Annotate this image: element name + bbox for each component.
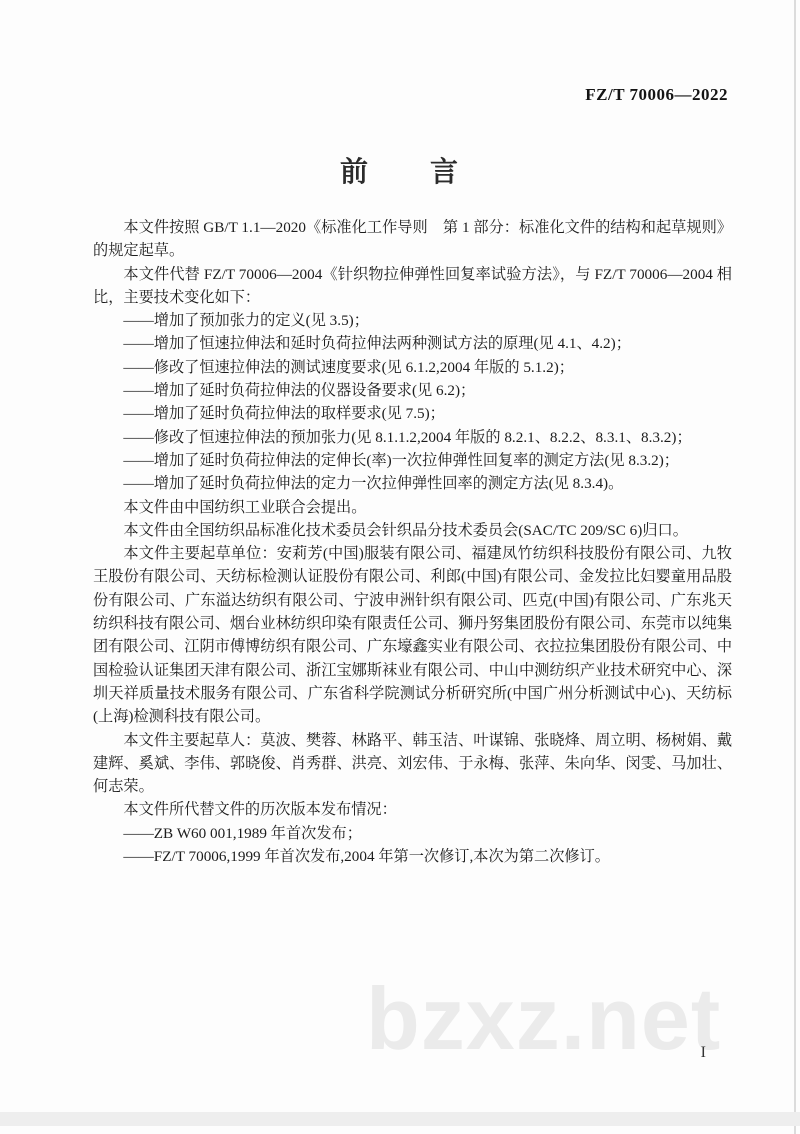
page-number: I [701,1044,706,1062]
scan-edge-right [794,0,796,1134]
change-item: ——增加了延时负荷拉伸法的定伸长(率)一次拉伸弹性回复率的测定方法(见 8.3.… [93,449,732,472]
paragraph-statement: 本文件由中国纺织工业联合会提出。 [93,496,732,519]
foreword-body: 本文件按照 GB/T 1.1—2020《标准化工作导则 第 1 部分：标准化文件… [93,216,732,868]
paragraph-drafting-units: 本文件主要起草单位：安莉芳(中国)服装有限公司、福建凤竹纺织科技股份有限公司、九… [93,542,732,728]
standard-code: FZ/T 70006—2022 [585,85,728,105]
watermark: bzxz.net [366,968,721,1070]
change-item: ——增加了延时负荷拉伸法的仪器设备要求(见 6.2)； [93,379,732,402]
paragraph-statement: 本文件由全国纺织品标准化技术委员会针织品分技术委员会(SAC/TC 209/SC… [93,519,732,542]
paragraph-intro: 本文件按照 GB/T 1.1—2020《标准化工作导则 第 1 部分：标准化文件… [93,216,732,263]
change-item: ——增加了预加张力的定义(见 3.5)； [93,309,732,332]
paragraph-drafters: 本文件主要起草人：莫波、樊蓉、林路平、韩玉洁、叶谋锦、张晓烽、周立明、杨树娟、戴… [93,729,732,799]
change-item: ——修改了恒速拉伸法的测试速度要求(见 6.1.2,2004 年版的 5.1.2… [93,356,732,379]
change-item: ——增加了恒速拉伸法和延时负荷拉伸法两种测试方法的原理(见 4.1、4.2)； [93,332,732,355]
history-item: ——ZB W60 001,1989 年首次发布； [93,822,732,845]
document-page: FZ/T 70006—2022 前 言 本文件按照 GB/T 1.1—2020《… [0,0,800,1134]
scan-edge-bottom [0,1112,800,1126]
change-item: ——修改了恒速拉伸法的预加张力(见 8.1.1.2,2004 年版的 8.2.1… [93,426,732,449]
page-title: 前 言 [0,150,800,190]
paragraph-statement: 本文件所代替文件的历次版本发布情况： [93,798,732,821]
history-item: ——FZ/T 70006,1999 年首次发布,2004 年第一次修订,本次为第… [93,845,732,868]
paragraph-intro: 本文件代替 FZ/T 70006—2004《针织物拉伸弹性回复率试验方法》，与 … [93,263,732,310]
change-item: ——增加了延时负荷拉伸法的定力一次拉伸弹性回率的测定方法(见 8.3.4)。 [93,472,732,495]
change-item: ——增加了延时负荷拉伸法的取样要求(见 7.5)； [93,402,732,425]
